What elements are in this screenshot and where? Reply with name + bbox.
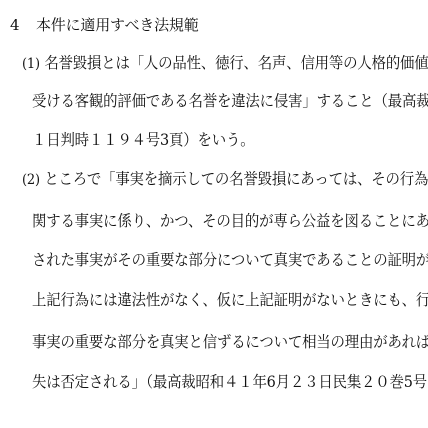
paragraph-1-line-2: 受ける客観的評価である名誉を違法に侵害」すること（最高裁昭和６１年6月１ xyxy=(32,92,428,110)
section-heading: 4本件に適用すべき法規範 xyxy=(10,16,199,34)
paragraph-1-line-3: １日判時１１９４号3頁）をいう。 xyxy=(32,131,254,149)
paragraph-1-line-1: (1)名誉毀損とは「人の品性、徳行、名声、信用等の人格的価値について社会から xyxy=(22,54,428,73)
paragraph-2-line-6: 失は否定される」（最高裁昭和４１年6月２３日民集２０巻5号１１１８頁）。 xyxy=(32,373,428,391)
paragraph-2-line-4: 上記行為には違法性がなく、仮に上記証明がないときにも、行為者において上記 xyxy=(32,291,428,309)
item-marker-1: (1) xyxy=(22,55,44,73)
section-title: 本件に適用すべき法規範 xyxy=(36,16,199,34)
section-number: 4 xyxy=(10,16,36,34)
paragraph-2-line-2: 関する事実に係り、かつ、その目的が専ら公益を図ることにあった場合に、摘示 xyxy=(32,212,428,230)
paragraph-2-line-1: (2)ところで「事実を摘示しての名誉毀損にあっては、その行為が 公共の利害に xyxy=(22,170,428,189)
item-marker-2: (2) xyxy=(22,171,44,189)
document-page: 4本件に適用すべき法規範 (1)名誉毀損とは「人の品性、徳行、名声、信用等の人格… xyxy=(0,0,428,428)
paragraph-2-line-3: された事実がその重要な部分について真実であることの証明があったときには、 xyxy=(32,251,428,269)
paragraph-2-line-5: 事実の重要な部分を真実と信ずるについて相当の理由があれば、その故意又は過 xyxy=(32,333,428,351)
